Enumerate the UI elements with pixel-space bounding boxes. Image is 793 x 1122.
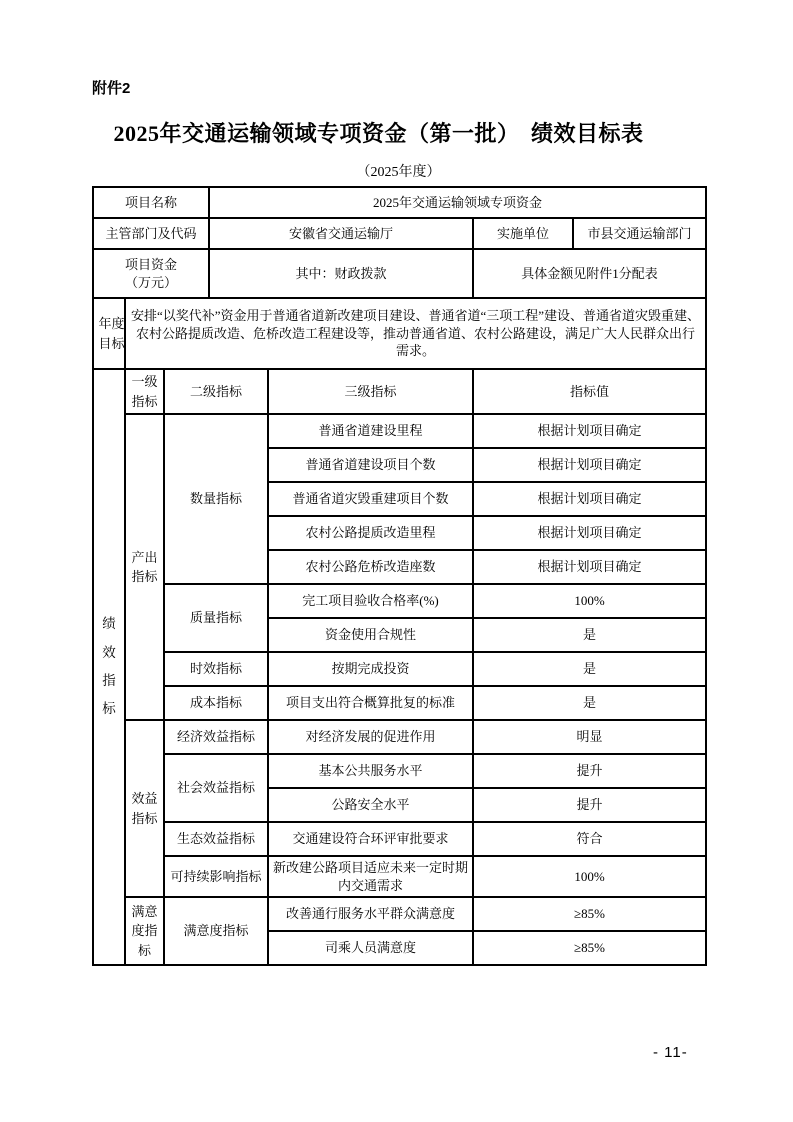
level3-cell: 对经济发展的促进作用: [268, 720, 473, 754]
level3-cell: 完工项目验收合格率(%): [268, 584, 473, 618]
indicator-value-cell: 是: [473, 686, 706, 720]
fund-value: 具体金额见附件1分配表: [473, 249, 706, 298]
document-subtitle: （2025年度）: [92, 161, 705, 181]
level1-cell: 满意度指标: [125, 897, 164, 965]
indicator-value-cell: 明显: [473, 720, 706, 754]
fund-sub-label: 其中：财政拨款: [209, 249, 473, 298]
level3-cell: 资金使用合规性: [268, 618, 473, 652]
document-page: 附件2 2025年交通运输领域专项资金（第一批） 绩效目标表 （2025年度） …: [0, 0, 793, 1122]
level3-cell: 公路安全水平: [268, 788, 473, 822]
department-row: 主管部门及代码 安徽省交通运输厅 实施单位 市县交通运输部门: [93, 218, 706, 249]
indicator-value-cell: 根据计划项目确定: [473, 414, 706, 448]
level3-cell: 新改建公路项目适应未来一定时期内交通需求: [268, 856, 473, 897]
level2-cell: 成本指标: [164, 686, 268, 720]
impl-unit-value: 市县交通运输部门: [573, 218, 706, 249]
level3-cell: 基本公共服务水平: [268, 754, 473, 788]
indicator-row: 社会效益指标基本公共服务水平提升: [93, 754, 706, 788]
page-number: - 11-: [653, 1044, 688, 1061]
level2-cell: 可持续影响指标: [164, 856, 268, 897]
level3-cell: 农村公路危桥改造座数: [268, 550, 473, 584]
level3-cell: 项目支出符合概算批复的标准: [268, 686, 473, 720]
indicator-value-cell: 是: [473, 652, 706, 686]
level2-cell: 社会效益指标: [164, 754, 268, 822]
indicator-row: 质量指标完工项目验收合格率(%)100%: [93, 584, 706, 618]
performance-target-table: 项目名称 2025年交通运输领域专项资金 主管部门及代码 安徽省交通运输厅 实施…: [92, 186, 707, 966]
header-level1: 一级指标: [125, 369, 164, 414]
level2-cell: 时效指标: [164, 652, 268, 686]
indicator-value-cell: 100%: [473, 856, 706, 897]
indicator-value-cell: 根据计划项目确定: [473, 516, 706, 550]
indicator-row: 时效指标按期完成投资是: [93, 652, 706, 686]
indicator-value-cell: 根据计划项目确定: [473, 448, 706, 482]
indicator-row: 可持续影响指标新改建公路项目适应未来一定时期内交通需求100%: [93, 856, 706, 897]
department-value: 安徽省交通运输厅: [209, 218, 473, 249]
level3-cell: 改善通行服务水平群众满意度: [268, 897, 473, 931]
annual-goal-text: 安排“以奖代补”资金用于普通省道新改建项目建设、普通省道“三项工程”建设、普通省…: [125, 298, 706, 369]
indicator-value-cell: ≥85%: [473, 897, 706, 931]
attachment-label: 附件2: [92, 77, 130, 98]
indicator-value-cell: 根据计划项目确定: [473, 482, 706, 516]
indicator-value-cell: 提升: [473, 788, 706, 822]
level3-cell: 农村公路提质改造里程: [268, 516, 473, 550]
level3-cell: 普通省道建设项目个数: [268, 448, 473, 482]
impl-unit-label: 实施单位: [473, 218, 573, 249]
indicator-value-cell: 提升: [473, 754, 706, 788]
indicator-value-cell: ≥85%: [473, 931, 706, 965]
performance-section-label: 绩效指标: [93, 369, 125, 965]
indicator-row: 成本指标项目支出符合概算批复的标准是: [93, 686, 706, 720]
header-level2: 二级指标: [164, 369, 268, 414]
level1-cell: 效益指标: [125, 720, 164, 897]
document-title: 2025年交通运输领域专项资金（第一批） 绩效目标表: [72, 117, 685, 148]
annual-goal-row: 年度目标 安排“以奖代补”资金用于普通省道新改建项目建设、普通省道“三项工程”建…: [93, 298, 706, 369]
header-value: 指标值: [473, 369, 706, 414]
indicator-value-cell: 符合: [473, 822, 706, 856]
project-name-label: 项目名称: [93, 187, 209, 218]
indicator-header-row: 绩效指标 一级指标 二级指标 三级指标 指标值: [93, 369, 706, 414]
project-fund-row: 项目资金 （万元） 其中：财政拨款 具体金额见附件1分配表: [93, 249, 706, 298]
indicator-row: 生态效益指标交通建设符合环评审批要求符合: [93, 822, 706, 856]
level2-cell: 经济效益指标: [164, 720, 268, 754]
project-name-value: 2025年交通运输领域专项资金: [209, 187, 706, 218]
indicator-value-cell: 是: [473, 618, 706, 652]
indicator-row: 产出指标数量指标普通省道建设里程根据计划项目确定: [93, 414, 706, 448]
level3-cell: 司乘人员满意度: [268, 931, 473, 965]
annual-goal-label: 年度目标: [93, 298, 125, 369]
level2-cell: 质量指标: [164, 584, 268, 652]
level2-cell: 生态效益指标: [164, 822, 268, 856]
department-label: 主管部门及代码: [93, 218, 209, 249]
indicator-value-cell: 100%: [473, 584, 706, 618]
header-level3: 三级指标: [268, 369, 473, 414]
level3-cell: 普通省道建设里程: [268, 414, 473, 448]
fund-label: 项目资金 （万元）: [93, 249, 209, 298]
project-name-row: 项目名称 2025年交通运输领域专项资金: [93, 187, 706, 218]
indicator-row: 效益指标经济效益指标对经济发展的促进作用明显: [93, 720, 706, 754]
indicator-row: 满意度指标满意度指标改善通行服务水平群众满意度≥85%: [93, 897, 706, 931]
level3-cell: 交通建设符合环评审批要求: [268, 822, 473, 856]
level3-cell: 普通省道灾毁重建项目个数: [268, 482, 473, 516]
indicator-value-cell: 根据计划项目确定: [473, 550, 706, 584]
level2-cell: 数量指标: [164, 414, 268, 584]
level3-cell: 按期完成投资: [268, 652, 473, 686]
level2-cell: 满意度指标: [164, 897, 268, 965]
level1-cell: 产出指标: [125, 414, 164, 720]
